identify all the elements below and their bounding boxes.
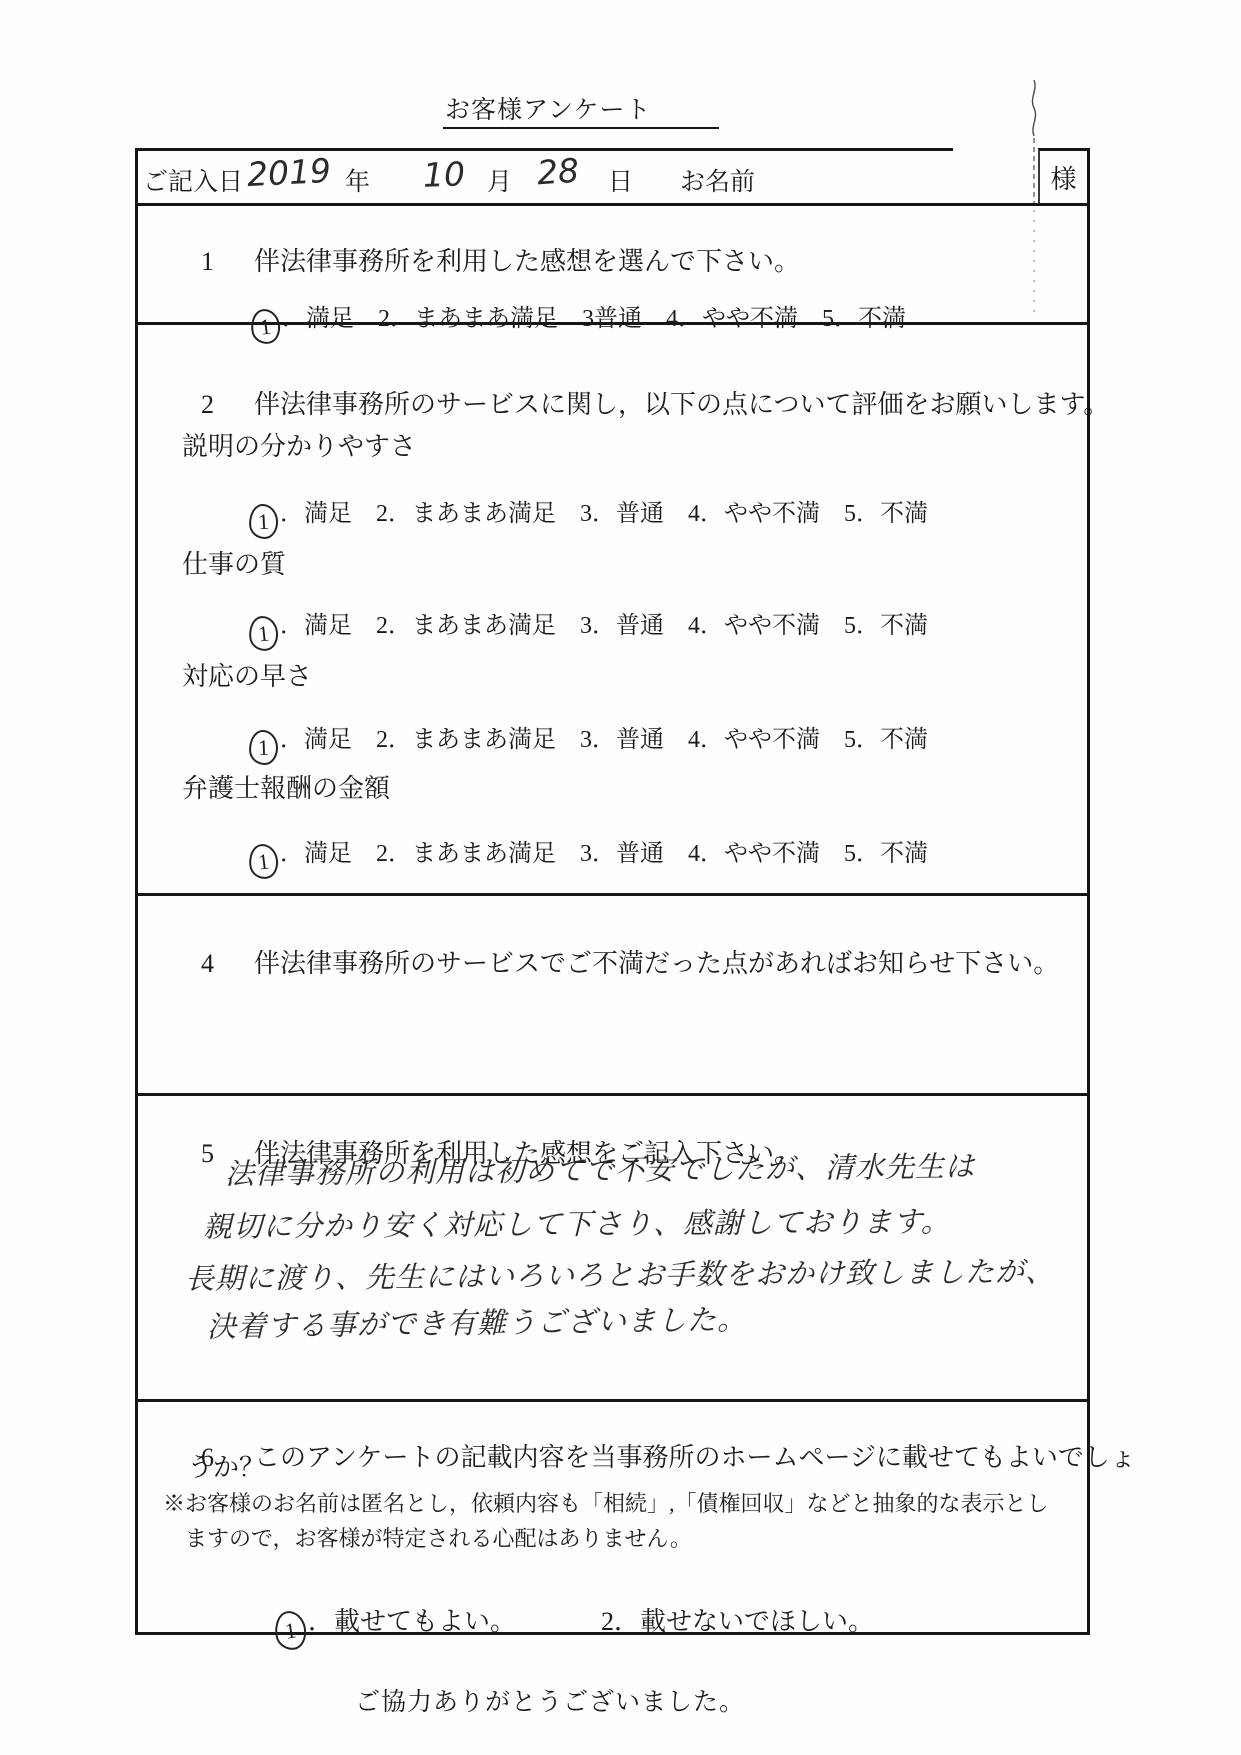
q2-sub3-options-text: ．満足 2．まあまあ満足 3．普通 4．やや不満 5．不満 — [280, 727, 928, 753]
question-2-section: 2伴法律事務所のサービスに関し，以下の点について評価をお願いします。 説明の分か… — [135, 322, 1090, 893]
q2-sub1-selected-circle: 1 — [248, 503, 279, 539]
q6-selected-circle: 1 — [272, 1609, 309, 1652]
q2-sub3-label: 対応の早さ — [182, 656, 312, 693]
question-6-text-line1: このアンケートの記載内容を当事務所のホームページに載せてもよいでしょ — [254, 1443, 1136, 1472]
honorific-label: 様 — [1050, 159, 1076, 196]
q2-sub1-options: 1．満足 2．まあまあ満足 3．普通 4．やや不満 5．不満 — [201, 466, 928, 566]
q2-sub3-selected-circle: 1 — [248, 730, 278, 766]
question-6-options: 1．載せてもよい。2．載せないでほしい。 — [223, 1571, 874, 1680]
title-underline — [443, 127, 719, 129]
question-6-text-line2: うか？ — [187, 1447, 265, 1484]
footer-thanks: ご協力ありがとうございました。 — [330, 1682, 770, 1718]
question-2-text: 伴法律事務所のサービスに関し，以下の点について評価をお願いします。 — [254, 390, 1109, 419]
q2-sub4-options-text: ．満足 2．まあまあ満足 3．普通 4．やや不満 5．不満 — [280, 841, 928, 867]
question-2-number: 2 — [201, 390, 254, 420]
q5-answer-line-2: 親切に分かり安く対応して下さり、感謝しております。 — [203, 1199, 951, 1245]
date-month-value: 10 — [422, 154, 465, 194]
q6-option2-text: 2．載せないでほしい。 — [601, 1607, 874, 1636]
q6-option1-text: ．載せてもよい。 — [308, 1607, 516, 1636]
question-4-section: 4伴法律事務所のサービスでご不満だった点があればお知らせ下さい。 — [135, 893, 1090, 1093]
q4-answer-area — [175, 963, 1055, 1083]
q2-sub1-label: 説明の分かりやすさ — [182, 426, 416, 463]
header-row: ご記入日 2019 年 10 月 28 日 お名前 様 — [135, 148, 1090, 203]
q2-sub1-options-text: ．満足 2．まあまあ満足 3．普通 4．やや不満 5．不満 — [280, 501, 928, 527]
scanned-survey-page: お客様アンケート ご記入日 2019 年 10 月 28 日 お名前 様 — [0, 0, 1241, 1755]
question-5-section: 5伴法律事務所を利用した感想をご記入下さい。 法律事務所の利用は初めてで不安でし… — [135, 1093, 1090, 1399]
q5-answer-line-4: 決着する事ができ有難うございました。 — [207, 1297, 748, 1346]
q6-note-line2: ますので，お客様が特定される心配はありません。 — [185, 1522, 692, 1553]
date-label: ご記入日 — [143, 162, 243, 198]
year-unit: 年 — [345, 162, 370, 198]
day-unit: 日 — [608, 162, 633, 198]
date-year-value: 2019 — [246, 151, 332, 194]
question-6-section: 6このアンケートの記載内容を当事務所のホームページに載せてもよいでしょ うか？ … — [135, 1399, 1090, 1632]
q2-sub2-selected-circle: 1 — [247, 615, 279, 653]
customer-name-box: 様 — [1038, 148, 1087, 203]
month-unit: 月 — [487, 162, 512, 198]
survey-form: ご記入日 2019 年 10 月 28 日 お名前 様 1伴法律事務所を利用した… — [135, 148, 1090, 1635]
name-label: お名前 — [680, 162, 755, 198]
q2-sub4-selected-circle: 1 — [247, 842, 280, 880]
q5-answer-line-3: 長期に渡り、先生にはいろいろとお手数をおかけ致しましたが、 — [185, 1249, 1055, 1298]
q2-sub2-options-text: ．満足 2．まあまあ満足 3．普通 4．やや不満 5．不満 — [280, 613, 928, 639]
q6-note-line1: ※お客様のお名前は匿名とし，依頼内容も「相続」,「債権回収」などと抽象的な表示と… — [163, 1487, 1049, 1518]
q2-sub4-options: 1．満足 2．まあまあ満足 3．普通 4．やや不満 5．不満 — [201, 806, 928, 906]
q2-sub2-label: 仕事の質 — [182, 544, 286, 581]
page-title: お客様アンケート — [445, 90, 652, 126]
q5-answer-line-1: 法律事務所の利用は初めてで不安でしたが、清水先生は — [225, 1144, 975, 1193]
q2-sub4-label: 弁護士報酬の金額 — [182, 768, 390, 805]
question-1-section: 1伴法律事務所を利用した感想を選んで下さい。 1．満足 2．まあまあ満足 3普通… — [135, 203, 1090, 322]
date-day-value: 28 — [536, 151, 581, 193]
